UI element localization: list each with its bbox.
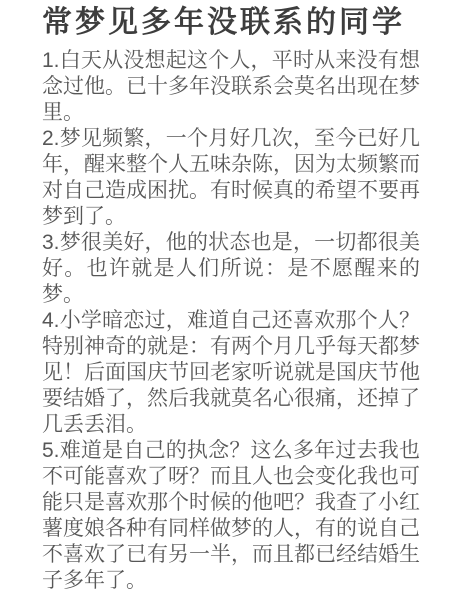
post-content: 常梦见多年没联系的同学 1.白天从没想起这个人，平时从来没有想念过他。已十多年没… bbox=[0, 0, 449, 600]
post-paragraph-5: 5.难道是自己的执念？这么多年过去我也不可能喜欢了呀？而且人也会变化我也可能只是… bbox=[42, 438, 420, 594]
post-paragraph-2: 2.梦见频繁，一个月好几次，至今已好几年，醒来整个人五味杂陈，因为太频繁而对自己… bbox=[42, 126, 420, 230]
post-paragraph-1: 1.白天从没想起这个人，平时从来没有想念过他。已十多年没联系会莫名出现在梦里。 bbox=[42, 48, 420, 126]
post-paragraph-4: 4.小学暗恋过，难道自己还喜欢那个人？特别神奇的就是：有两个月几乎每天都梦见！后… bbox=[42, 308, 420, 438]
post-paragraph-3: 3.梦很美好，他的状态也是，一切都很美好。也许就是人们所说：是不愿醒来的梦。 bbox=[42, 230, 420, 308]
post-title: 常梦见多年没联系的同学 bbox=[42, 5, 420, 41]
